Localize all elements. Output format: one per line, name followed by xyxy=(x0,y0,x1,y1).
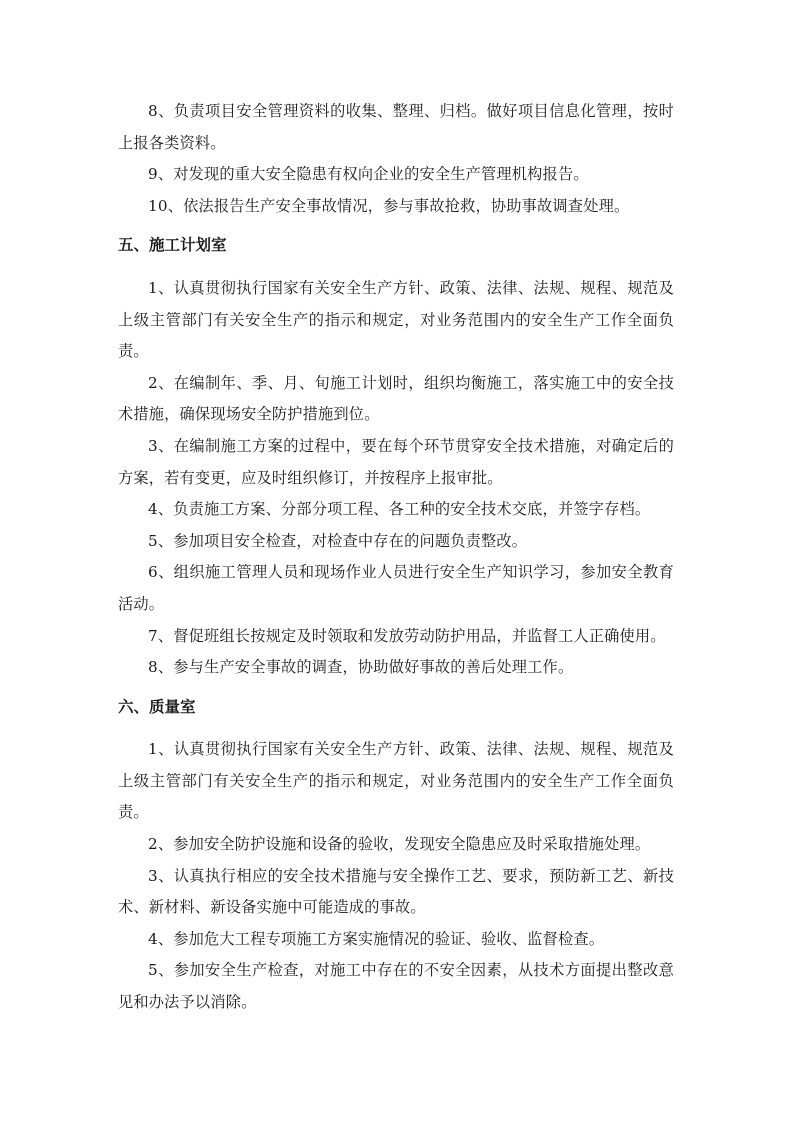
document-page: 8、负责项目安全管理资料的收集、整理、归档。做好项目信息化管理，按时上报各类资料… xyxy=(118,96,674,1019)
paragraph-item: 3、在编制施工方案的过程中，要在每个环节贯穿安全技术措施，对确定后的方案，若有变… xyxy=(118,431,674,494)
paragraph-item: 6、组织施工管理人员和现场作业人员进行安全生产知识学习，参加安全教育活动。 xyxy=(118,557,674,620)
paragraph-item-8: 8、负责项目安全管理资料的收集、整理、归档。做好项目信息化管理，按时上报各类资料… xyxy=(118,96,674,159)
paragraph-item: 3、认真执行相应的安全技术措施与安全操作工艺、要求，预防新工艺、新技术、新材料、… xyxy=(118,861,674,924)
section-heading-quality: 六、质量室 xyxy=(118,692,674,724)
paragraph-item: 1、认真贯彻执行国家有关安全生产方针、政策、法律、法规、规程、规范及上级主管部门… xyxy=(118,273,674,368)
paragraph-item: 5、参加项目安全检查，对检查中存在的问题负责整改。 xyxy=(118,526,674,558)
paragraph-item: 8、参与生产安全事故的调查，协助做好事故的善后处理工作。 xyxy=(118,652,674,684)
paragraph-item: 4、负责施工方案、分部分项工程、各工种的安全技术交底，并签字存档。 xyxy=(118,494,674,526)
paragraph-item: 7、督促班组长按规定及时领取和发放劳动防护用品，并监督工人正确使用。 xyxy=(118,621,674,653)
paragraph-item: 1、认真贯彻执行国家有关安全生产方针、政策、法律、法规、规程、规范及上级主管部门… xyxy=(118,734,674,829)
paragraph-item-9: 9、对发现的重大安全隐患有权向企业的安全生产管理机构报告。 xyxy=(118,159,674,191)
section-heading-construction-planning: 五、施工计划室 xyxy=(118,230,674,262)
paragraph-item: 2、在编制年、季、月、旬施工计划时，组织均衡施工，落实施工中的安全技术措施，确保… xyxy=(118,368,674,431)
paragraph-item: 5、参加安全生产检查，对施工中存在的不安全因素，从技术方面提出整改意见和办法予以… xyxy=(118,955,674,1018)
paragraph-item: 4、参加危大工程专项施工方案实施情况的验证、验收、监督检查。 xyxy=(118,924,674,956)
paragraph-item-10: 10、依法报告生产安全事故情况，参与事故抢救，协助事故调查处理。 xyxy=(118,191,674,223)
paragraph-item: 2、参加安全防护设施和设备的验收，发现安全隐患应及时采取措施处理。 xyxy=(118,829,674,861)
